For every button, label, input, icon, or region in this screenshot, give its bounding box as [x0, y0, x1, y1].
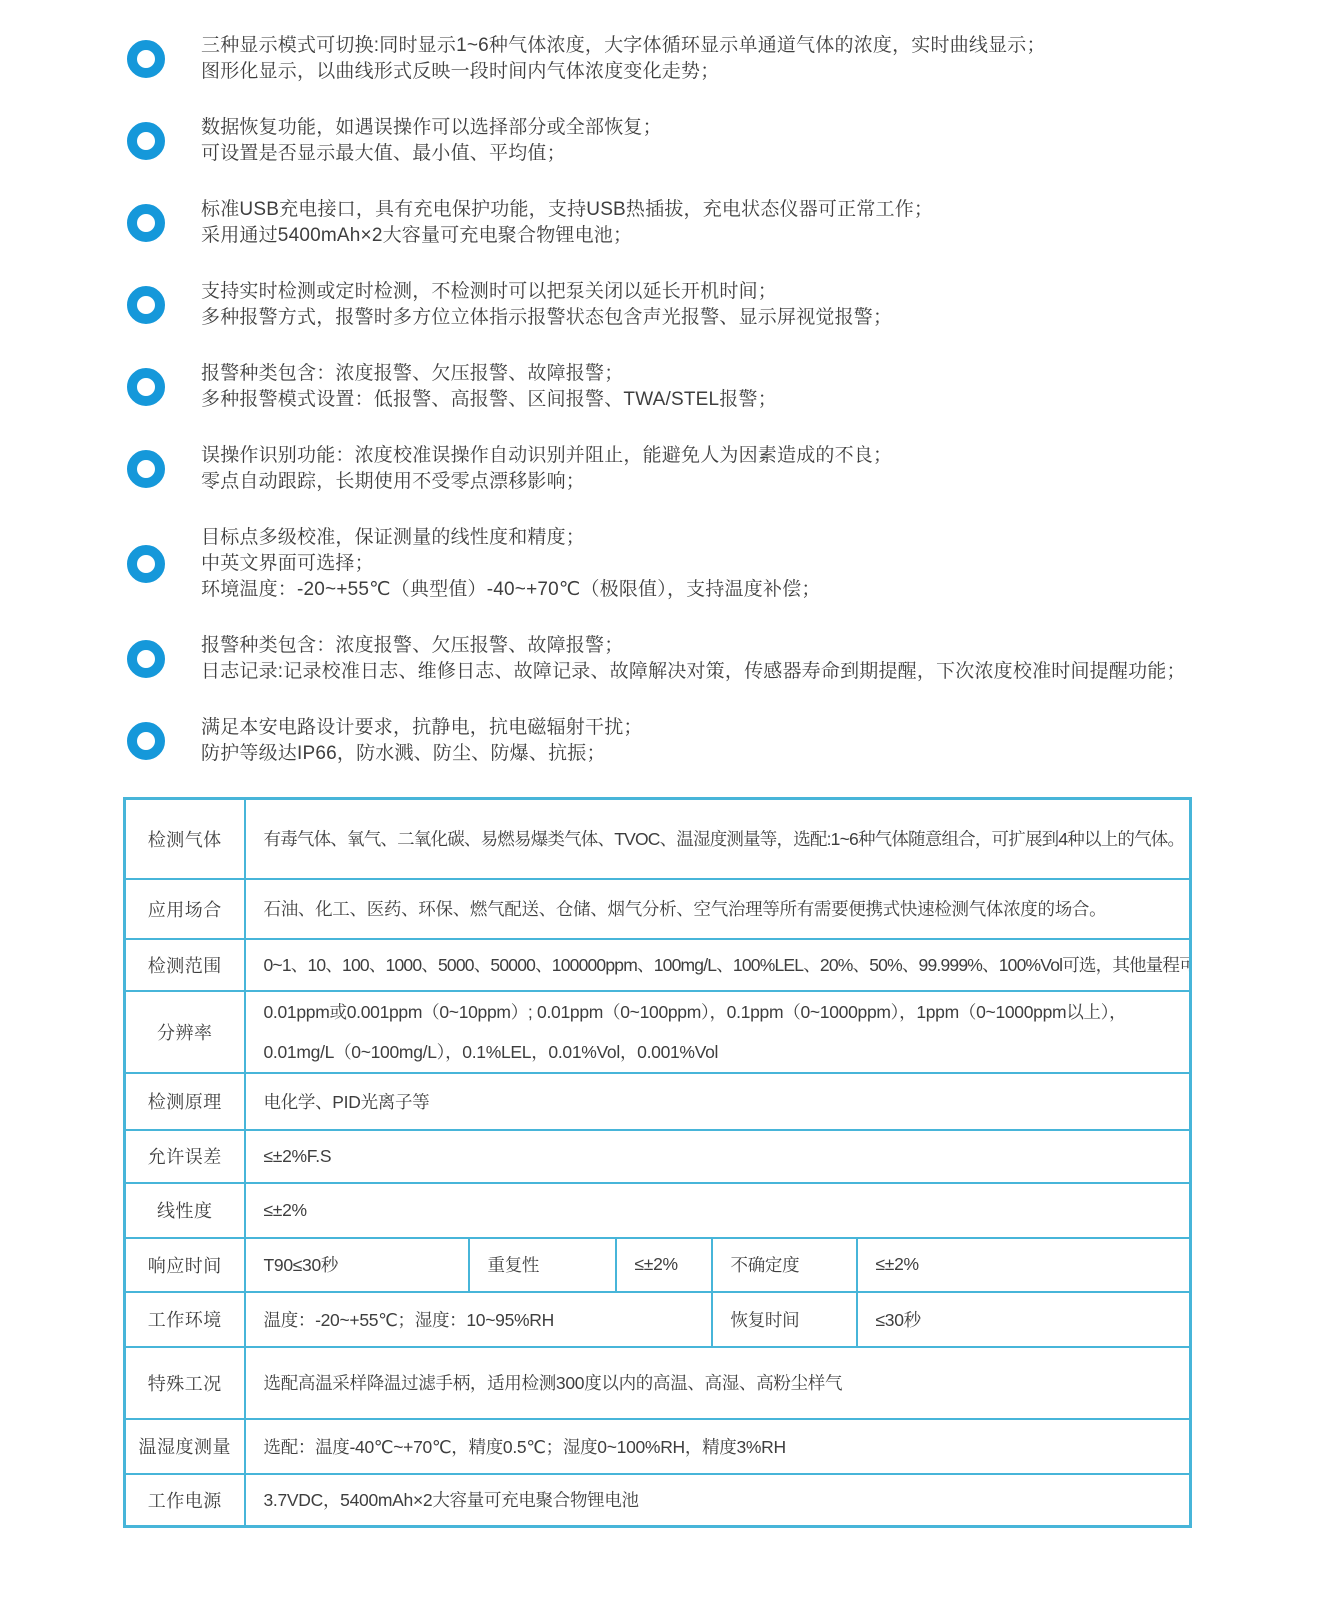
row-value: 0.01ppm或0.001ppm（0~10ppm）; 0.01ppm（0~100…	[245, 991, 1191, 1073]
row-label: 允许误差	[125, 1130, 245, 1183]
feature-text-block: 支持实时检测或定时检测，不检测时可以把泵关闭以延长开机时间； 多种报警方式，报警…	[201, 279, 1260, 331]
row-value: ≤±2%F.S	[245, 1130, 1191, 1183]
feature-line: 图形化显示，以曲线形式反映一段时间内气体浓度变化走势；	[201, 59, 1260, 85]
row-value: ≤±2%	[616, 1238, 712, 1292]
row-label: 线性度	[125, 1183, 245, 1238]
row-label: 检测原理	[125, 1073, 245, 1130]
sub-label: 恢复时间	[712, 1292, 857, 1347]
sub-label: 不确定度	[712, 1238, 857, 1292]
bullet-ring-icon	[127, 204, 165, 242]
table-row-linearity: 线性度 ≤±2%	[125, 1183, 1191, 1238]
table-row-applications: 应用场合 石油、化工、医药、环保、燃气配送、仓储、烟气分析、空气治理等所有需要便…	[125, 879, 1191, 939]
row-value: 有毒气体、氧气、二氧化碳、易燃易爆类气体、TVOC、温湿度测量等，选配:1~6种…	[245, 799, 1191, 879]
table-row-working-environment: 工作环境 温度：-20~+55℃；湿度：10~95%RH 恢复时间 ≤30秒	[125, 1292, 1191, 1347]
row-label: 应用场合	[125, 879, 245, 939]
feature-line: 支持实时检测或定时检测，不检测时可以把泵关闭以延长开机时间；	[201, 279, 1260, 305]
row-value: ≤30秒	[857, 1292, 1191, 1347]
feature-item-protection: 满足本安电路设计要求，抗静电，抗电磁辐射干扰； 防护等级达IP66，防水溅、防尘…	[127, 715, 1260, 767]
table-row-detection-range: 检测范围 0~1、10、100、1000、5000、50000、100000pp…	[125, 939, 1191, 991]
feature-item-data-recovery: 数据恢复功能，如遇误操作可以选择部分或全部恢复； 可设置是否显示最大值、最小值、…	[127, 115, 1260, 167]
feature-line: 报警种类包含：浓度报警、欠压报警、故障报警；	[201, 361, 1260, 387]
table-row-temp-humidity: 温湿度测量 选配：温度-40℃~+70℃，精度0.5℃；湿度0~100%RH，精…	[125, 1419, 1191, 1474]
table-row-detected-gases: 检测气体 有毒气体、氧气、二氧化碳、易燃易爆类气体、TVOC、温湿度测量等，选配…	[125, 799, 1191, 879]
row-label: 分辨率	[125, 991, 245, 1073]
sub-label: 重复性	[469, 1238, 616, 1292]
bullet-ring-icon	[127, 722, 165, 760]
feature-text-block: 三种显示模式可切换:同时显示1~6种气体浓度，大字体循环显示单通道气体的浓度，实…	[201, 33, 1260, 85]
feature-list: 三种显示模式可切换:同时显示1~6种气体浓度，大字体循环显示单通道气体的浓度，实…	[0, 0, 1320, 767]
feature-line: 多种报警方式，报警时多方位立体指示报警状态包含声光报警、显示屏视觉报警；	[201, 305, 1260, 331]
feature-item-logging: 报警种类包含：浓度报警、欠压报警、故障报警； 日志记录:记录校准日志、维修日志、…	[127, 633, 1260, 685]
feature-line: 可设置是否显示最大值、最小值、平均值；	[201, 141, 1260, 167]
row-value: ≤±2%	[245, 1183, 1191, 1238]
row-value: 0~1、10、100、1000、5000、50000、100000ppm、100…	[245, 939, 1191, 991]
row-label: 工作电源	[125, 1474, 245, 1527]
feature-line: 三种显示模式可切换:同时显示1~6种气体浓度，大字体循环显示单通道气体的浓度，实…	[201, 33, 1260, 59]
row-label: 特殊工况	[125, 1347, 245, 1419]
row-label: 温湿度测量	[125, 1419, 245, 1474]
feature-text-block: 报警种类包含：浓度报警、欠压报警、故障报警； 日志记录:记录校准日志、维修日志、…	[201, 633, 1260, 685]
bullet-ring-icon	[127, 640, 165, 678]
row-label: 检测范围	[125, 939, 245, 991]
feature-line: 标准USB充电接口，具有充电保护功能，支持USB热插拔，充电状态仪器可正常工作；	[201, 197, 1260, 223]
feature-text-block: 误操作识别功能：浓度校准误操作自动识别并阻止，能避免人为因素造成的不良； 零点自…	[201, 443, 1260, 495]
feature-line: 多种报警模式设置：低报警、高报警、区间报警、TWA/STEL报警；	[201, 387, 1260, 413]
feature-text-block: 报警种类包含：浓度报警、欠压报警、故障报警； 多种报警模式设置：低报警、高报警、…	[201, 361, 1260, 413]
feature-line: 采用通过5400mAh×2大容量可充电聚合物锂电池；	[201, 223, 1260, 249]
feature-item-display-modes: 三种显示模式可切换:同时显示1~6种气体浓度，大字体循环显示单通道气体的浓度，实…	[127, 33, 1260, 85]
row-value: 选配高温采样降温过滤手柄，适用检测300度以内的高温、高湿、高粉尘样气	[245, 1347, 1191, 1419]
table-row-detection-principle: 检测原理 电化学、PID光离子等	[125, 1073, 1191, 1130]
feature-line: 中英文界面可选择；	[201, 551, 1260, 577]
row-value: 石油、化工、医药、环保、燃气配送、仓储、烟气分析、空气治理等所有需要便携式快速检…	[245, 879, 1191, 939]
table-row-resolution: 分辨率 0.01ppm或0.001ppm（0~10ppm）; 0.01ppm（0…	[125, 991, 1191, 1073]
feature-line: 误操作识别功能：浓度校准误操作自动识别并阻止，能避免人为因素造成的不良；	[201, 443, 1260, 469]
spec-document: 三种显示模式可切换:同时显示1~6种气体浓度，大字体循环显示单通道气体的浓度，实…	[0, 0, 1320, 1528]
table-row-allowed-error: 允许误差 ≤±2%F.S	[125, 1130, 1191, 1183]
row-value: 温度：-20~+55℃；湿度：10~95%RH	[245, 1292, 712, 1347]
row-value: 3.7VDC，5400mAh×2大容量可充电聚合物锂电池	[245, 1474, 1191, 1527]
feature-line: 零点自动跟踪，长期使用不受零点漂移影响；	[201, 469, 1260, 495]
feature-text-block: 数据恢复功能，如遇误操作可以选择部分或全部恢复； 可设置是否显示最大值、最小值、…	[201, 115, 1260, 167]
feature-line: 防护等级达IP66，防水溅、防尘、防爆、抗振；	[201, 741, 1260, 767]
feature-item-usb-charging: 标准USB充电接口，具有充电保护功能，支持USB热插拔，充电状态仪器可正常工作；…	[127, 197, 1260, 249]
spec-table: 检测气体 有毒气体、氧气、二氧化碳、易燃易爆类气体、TVOC、温湿度测量等，选配…	[123, 797, 1192, 1528]
bullet-ring-icon	[127, 450, 165, 488]
table-row-power-supply: 工作电源 3.7VDC，5400mAh×2大容量可充电聚合物锂电池	[125, 1474, 1191, 1527]
feature-line: 环境温度：-20~+55℃（典型值）-40~+70℃（极限值），支持温度补偿；	[201, 577, 1260, 603]
feature-item-misoperation: 误操作识别功能：浓度校准误操作自动识别并阻止，能避免人为因素造成的不良； 零点自…	[127, 443, 1260, 495]
row-value: 电化学、PID光离子等	[245, 1073, 1191, 1130]
feature-text-block: 满足本安电路设计要求，抗静电，抗电磁辐射干扰； 防护等级达IP66，防水溅、防尘…	[201, 715, 1260, 767]
row-value: T90≤30秒	[245, 1238, 469, 1292]
feature-text-block: 标准USB充电接口，具有充电保护功能，支持USB热插拔，充电状态仪器可正常工作；…	[201, 197, 1260, 249]
feature-line: 数据恢复功能，如遇误操作可以选择部分或全部恢复；	[201, 115, 1260, 141]
bullet-ring-icon	[127, 286, 165, 324]
row-label: 响应时间	[125, 1238, 245, 1292]
bullet-ring-icon	[127, 122, 165, 160]
feature-line: 满足本安电路设计要求，抗静电，抗电磁辐射干扰；	[201, 715, 1260, 741]
row-label: 工作环境	[125, 1292, 245, 1347]
feature-item-calibration: 目标点多级校准，保证测量的线性度和精度； 中英文界面可选择； 环境温度：-20~…	[127, 525, 1260, 603]
row-label: 检测气体	[125, 799, 245, 879]
feature-text-block: 目标点多级校准，保证测量的线性度和精度； 中英文界面可选择； 环境温度：-20~…	[201, 525, 1260, 603]
row-value: 选配：温度-40℃~+70℃，精度0.5℃；湿度0~100%RH，精度3%RH	[245, 1419, 1191, 1474]
row-value: ≤±2%	[857, 1238, 1191, 1292]
bullet-ring-icon	[127, 368, 165, 406]
feature-item-detection-modes: 支持实时检测或定时检测，不检测时可以把泵关闭以延长开机时间； 多种报警方式，报警…	[127, 279, 1260, 331]
feature-item-alarm-types: 报警种类包含：浓度报警、欠压报警、故障报警； 多种报警模式设置：低报警、高报警、…	[127, 361, 1260, 413]
bullet-ring-icon	[127, 40, 165, 78]
feature-line: 日志记录:记录校准日志、维修日志、故障记录、故障解决对策，传感器寿命到期提醒，下…	[201, 659, 1260, 685]
bullet-ring-icon	[127, 545, 165, 583]
table-row-special-conditions: 特殊工况 选配高温采样降温过滤手柄，适用检测300度以内的高温、高湿、高粉尘样气	[125, 1347, 1191, 1419]
feature-line: 目标点多级校准，保证测量的线性度和精度；	[201, 525, 1260, 551]
table-row-response-time: 响应时间 T90≤30秒 重复性 ≤±2% 不确定度 ≤±2%	[125, 1238, 1191, 1292]
feature-line: 报警种类包含：浓度报警、欠压报警、故障报警；	[201, 633, 1260, 659]
